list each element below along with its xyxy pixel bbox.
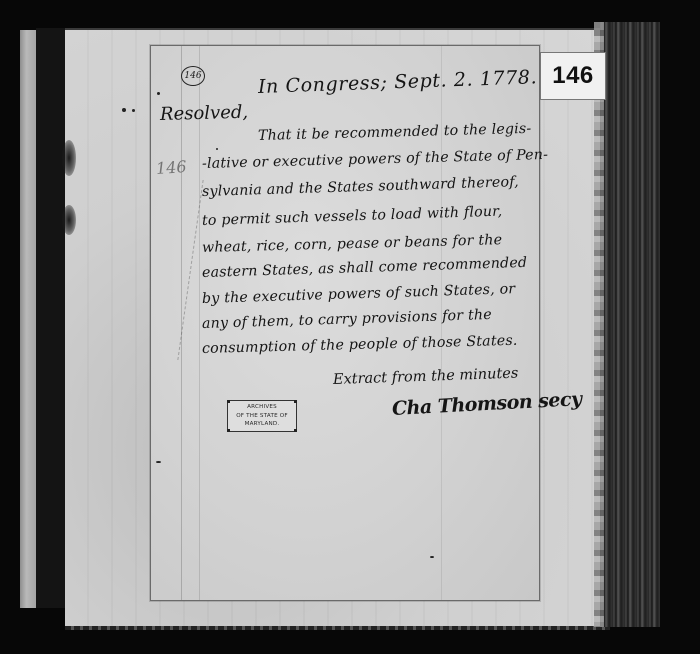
microfilm-frame: 146 146 In Congress; Sept. 2. 1778. Reso… — [0, 0, 700, 654]
paper-speck — [216, 148, 218, 150]
film-dark-band — [36, 28, 66, 608]
stamp-line: OF THE STATE OF — [228, 412, 296, 421]
ink-smudge — [62, 205, 76, 235]
fold-line — [199, 46, 200, 600]
stamp-corner — [227, 400, 230, 403]
stamp-corner — [227, 429, 230, 432]
stamp-line: ARCHIVES — [228, 403, 296, 412]
stamp-line: MARYLAND. — [228, 420, 296, 429]
stamp-corner — [294, 400, 297, 403]
paper-speck — [132, 109, 135, 112]
paper-speck — [156, 461, 161, 463]
resolved-label: Resolved, — [160, 102, 249, 125]
paper-speck — [122, 108, 126, 112]
torn-binding-edge — [600, 22, 660, 627]
paper-speck — [430, 556, 434, 558]
paper-speck — [157, 92, 160, 95]
film-strip-edge — [20, 30, 36, 608]
page-number-label: 146 — [540, 52, 606, 100]
stamp-corner — [294, 429, 297, 432]
ink-smudge — [62, 140, 76, 176]
folio-mark: 146 — [181, 66, 205, 86]
archives-stamp: ARCHIVES OF THE STATE OF MARYLAND. — [227, 400, 297, 432]
margin-pencil-note: 146 — [155, 157, 187, 178]
film-right-edge — [660, 0, 700, 654]
